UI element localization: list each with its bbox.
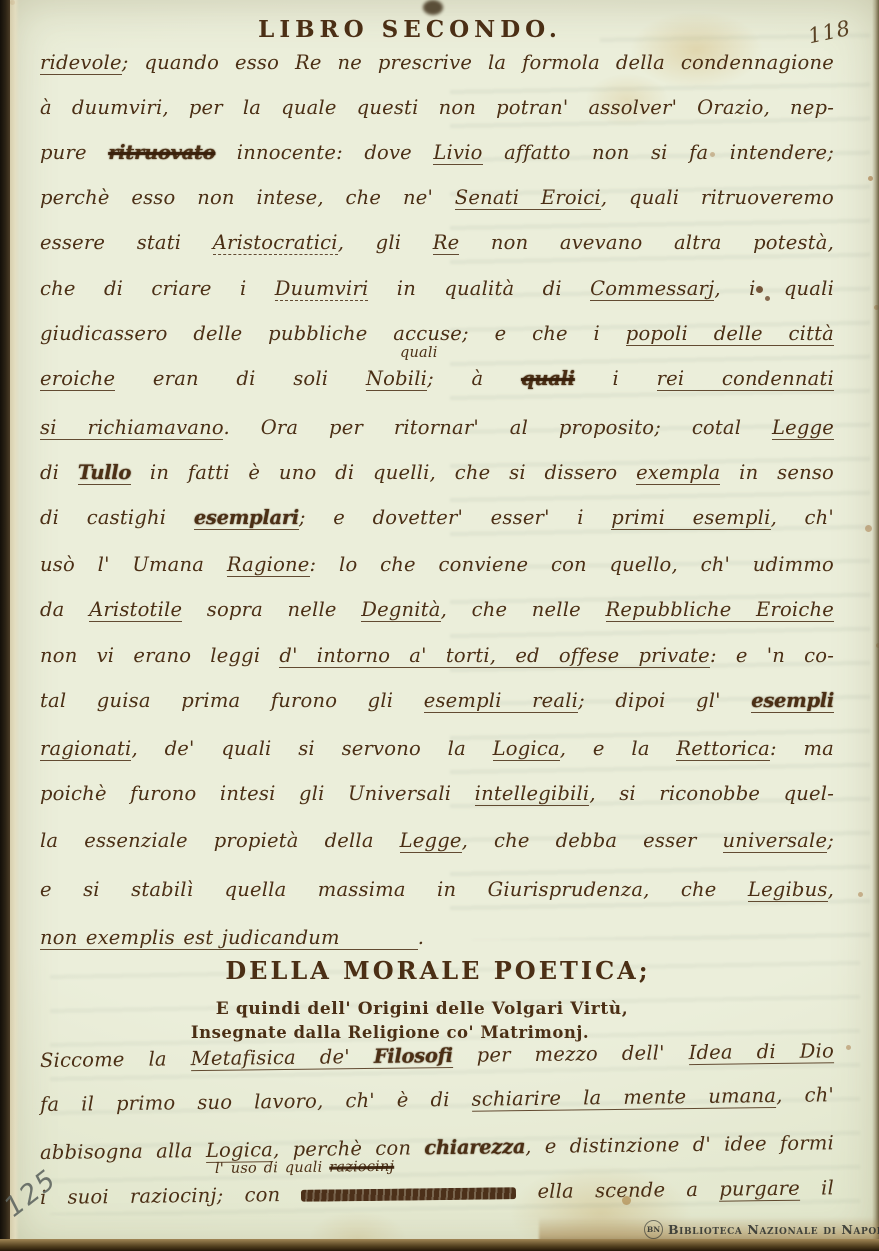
text-segment: intellegibili (475, 782, 590, 806)
text-segment: d' intorno a' torti, ed offese private (279, 644, 710, 668)
text-segment: Rettorica (676, 737, 770, 761)
text-segment: ; à (427, 367, 521, 390)
text-segment: , gli (338, 231, 433, 254)
text-segment: ragionati (40, 737, 131, 761)
text-segment: non vi erano leggi (40, 644, 279, 667)
page-edge (10, 0, 19, 1251)
text-segment: ; (827, 829, 834, 852)
text-segment: esempli (751, 689, 834, 713)
text-line: e si stabilì quella massima in Giurispru… (40, 877, 834, 903)
text-segment: fa il primo suo lavoro, ch' è di (40, 1088, 472, 1116)
text-segment: innocente: dove (215, 141, 433, 164)
text-line: perchè esso non intese, che ne' Senati E… (40, 185, 834, 211)
text-segment: Ragione (227, 553, 310, 577)
text-segment: chiarezza (424, 1135, 525, 1159)
text-line: ragionati, de' quali si servono la Logic… (40, 736, 834, 762)
text-segment: Re (433, 231, 460, 255)
bleed-through-smudge (50, 945, 860, 1215)
text-segment: e si stabilì quella massima in Giurispru… (40, 878, 748, 901)
text-segment: primi esempli (611, 506, 770, 530)
text-line: usò l' Umana Ragione: lo che conviene co… (40, 552, 834, 578)
text-segment: : ma (770, 737, 834, 760)
text-segment: ; dipoi gl' (578, 689, 751, 712)
page-right-edge (872, 0, 879, 1251)
text-segment: ritruovato (108, 141, 215, 164)
text-segment: , quali ritruoveremo (601, 186, 834, 209)
text-segment: popoli delle città (626, 322, 834, 346)
text-line: Siccome la Metafisica de' Filosofi per m… (40, 1038, 834, 1074)
text-line: essere stati Aristocratici, gli Re non a… (40, 230, 834, 256)
text-segment: Tullo (78, 461, 131, 485)
text-segment: in senso (720, 461, 834, 484)
text-segment: giudicassero delle pubbliche accuse; e c… (40, 322, 626, 345)
text-segment: , ch' (771, 506, 834, 529)
running-header: LIBRO SECONDO. (160, 16, 660, 43)
text-segment: universale (723, 829, 828, 853)
text-line: eroiche eran di soli Nobili; à quali i r… (40, 366, 834, 392)
text-line: l' uso di quali raziocinj (215, 1158, 394, 1178)
text-segment: ridevole (40, 51, 122, 75)
text-segment: , (828, 878, 834, 901)
text-line: non exemplis est judicandum. (40, 925, 834, 951)
text-line: à duumviri, per la quale questi non potr… (40, 95, 834, 121)
text-segment: . (418, 926, 424, 949)
text-segment: per mezzo dell' (453, 1041, 689, 1067)
text-line: quali (400, 344, 438, 362)
text-segment: eran di soli (115, 367, 366, 390)
text-segment: exempla (636, 461, 720, 485)
text-segment: essere stati (40, 231, 213, 254)
section-subtitle-line1: E quindi dell' Origini delle Volgari Vir… (92, 999, 752, 1019)
text-segment: , si riconobbe quel- (589, 782, 834, 805)
text-segment: Aristocratici (213, 231, 338, 255)
text-segment: quali (521, 367, 575, 390)
library-logo-icon: BN (644, 1220, 663, 1239)
manuscript-page: LIBRO SECONDO. 118 ridevole; quando esso… (10, 0, 879, 1251)
text-segment: Filosofi (374, 1044, 453, 1069)
section-subtitle-line2: Insegnate dalla Religione co' Matrimonj. (60, 1023, 720, 1042)
text-segment: Logica (493, 737, 560, 761)
library-watermark: BN Biblioteca Nazionale di Napoli (644, 1220, 879, 1239)
text-line: tal guisa prima furono gli esempli reali… (40, 688, 834, 714)
text-segment: la essenziale propietà della (40, 829, 400, 852)
text-line: ridevole; quando esso Re ne prescrive la… (40, 50, 834, 76)
text-segment: rei condennati (657, 367, 834, 391)
text-line: fa il primo suo lavoro, ch' è di schiari… (40, 1082, 834, 1118)
manuscript-scan: LIBRO SECONDO. 118 ridevole; quando esso… (0, 0, 879, 1251)
text-line: di Tullo in fatti è uno di quelli, che s… (40, 460, 834, 486)
text-segment: ; e dovetter' esser' i (299, 506, 611, 529)
text-segment: da (40, 598, 89, 621)
text-segment: Senati Eroici (455, 186, 601, 210)
text-segment: , de' quali si servono la (131, 737, 492, 760)
text-segment: Metafisica de' (191, 1045, 374, 1071)
text-segment: , i quali (714, 277, 834, 300)
text-segment: di castighi (40, 506, 194, 529)
text-segment: , che debba esser (462, 829, 723, 852)
text-segment: ella scende a (516, 1178, 719, 1203)
text-segment: si richiamavano (40, 416, 223, 440)
scan-bottom-edge (0, 1239, 879, 1251)
text-segment: i (575, 367, 657, 390)
text-segment: esemplari (194, 506, 299, 530)
text-segment: ; quando esso Re ne prescrive la formola… (122, 51, 834, 74)
page-number: 118 (806, 16, 853, 48)
text-segment: , ch' (776, 1083, 834, 1107)
text-segment: perchè esso non intese, che ne' (40, 186, 455, 209)
text-line: poichè furono intesi gli Universali inte… (40, 781, 834, 807)
text-segment: i suoi raziocinj; con (40, 1183, 302, 1209)
text-segment: schiarire la mente umana (471, 1084, 776, 1112)
text-segment: non exemplis est judicandum (40, 926, 418, 950)
text-segment: di (40, 461, 78, 484)
text-line: la essenziale propietà della Legge, che … (40, 828, 834, 854)
text-segment: quali (400, 345, 438, 361)
text-line: pure ritruovato innocente: dove Livio af… (40, 140, 834, 166)
text-segment: sopra nelle (182, 598, 361, 621)
text-segment: Livio (433, 141, 482, 165)
text-segment: pure (40, 141, 108, 164)
text-segment: Siccome la (40, 1047, 191, 1072)
text-segment: esempli reali (424, 689, 578, 713)
scribbled-out-text (301, 1187, 516, 1202)
text-segment: in qualità di (368, 277, 590, 300)
text-segment: Nobili (366, 367, 427, 391)
text-segment: , che nelle (441, 598, 606, 621)
text-segment: Degnità (361, 598, 440, 622)
text-segment: eroiche (40, 367, 115, 391)
text-line: abbisogna alla Logica, perchè con chiare… (40, 1130, 834, 1166)
text-segment: non avevano altra potestà, (459, 231, 834, 254)
text-segment: tal guisa prima furono gli (40, 689, 424, 712)
section-title: DELLA MORALE POETICA; (108, 956, 768, 985)
text-line: di castighi esemplari; e dovetter' esser… (40, 505, 834, 531)
text-segment: Legge (400, 829, 462, 853)
text-line: da Aristotile sopra nelle Degnità, che n… (40, 597, 834, 623)
text-segment: raziocinj (329, 1159, 394, 1176)
text-segment: Repubbliche Eroiche (606, 598, 834, 622)
text-segment: : e 'n co- (710, 644, 834, 667)
text-segment: , e la (560, 737, 677, 760)
text-segment: purgare (719, 1177, 800, 1202)
ink-stain (423, 0, 443, 15)
text-segment: che di criare i (40, 277, 275, 300)
book-binding-edge (0, 0, 10, 1251)
text-line: che di criare i Duumviri in qualità di C… (40, 276, 834, 302)
text-segment: Commessarj (590, 277, 714, 301)
text-line: i suoi raziocinj; con ella scende a purg… (40, 1175, 834, 1211)
text-segment: in fatti è uno di quelli, che si dissero (131, 461, 636, 484)
text-segment: l' uso di quali (215, 1160, 329, 1177)
text-segment: Duumviri (275, 277, 369, 301)
text-segment: Aristotile (89, 598, 182, 622)
text-segment: affatto non si fa intendere; (483, 141, 834, 164)
text-segment: Legibus (748, 878, 828, 902)
text-line: si richiamavano. Ora per ritornar' al pr… (40, 415, 834, 441)
text-segment: abbisogna alla (40, 1139, 206, 1164)
text-segment: Legge (772, 416, 834, 440)
text-segment: : lo che conviene con quello, ch' udimmo (310, 553, 834, 576)
text-segment: il (800, 1176, 834, 1199)
text-line: non vi erano leggi d' intorno a' torti, … (40, 643, 834, 669)
text-segment: usò l' Umana (40, 553, 227, 576)
text-segment: . Ora per ritornar' al proposito; cotal (223, 416, 772, 439)
text-segment: poichè furono intesi gli Universali (40, 782, 475, 805)
text-segment: à duumviri, per la quale questi non potr… (40, 96, 834, 119)
text-segment: , e distinzione d' idee formi (525, 1131, 834, 1158)
text-segment: Idea di Dio (688, 1039, 834, 1065)
library-watermark-label: Biblioteca Nazionale di Napoli (668, 1222, 879, 1237)
